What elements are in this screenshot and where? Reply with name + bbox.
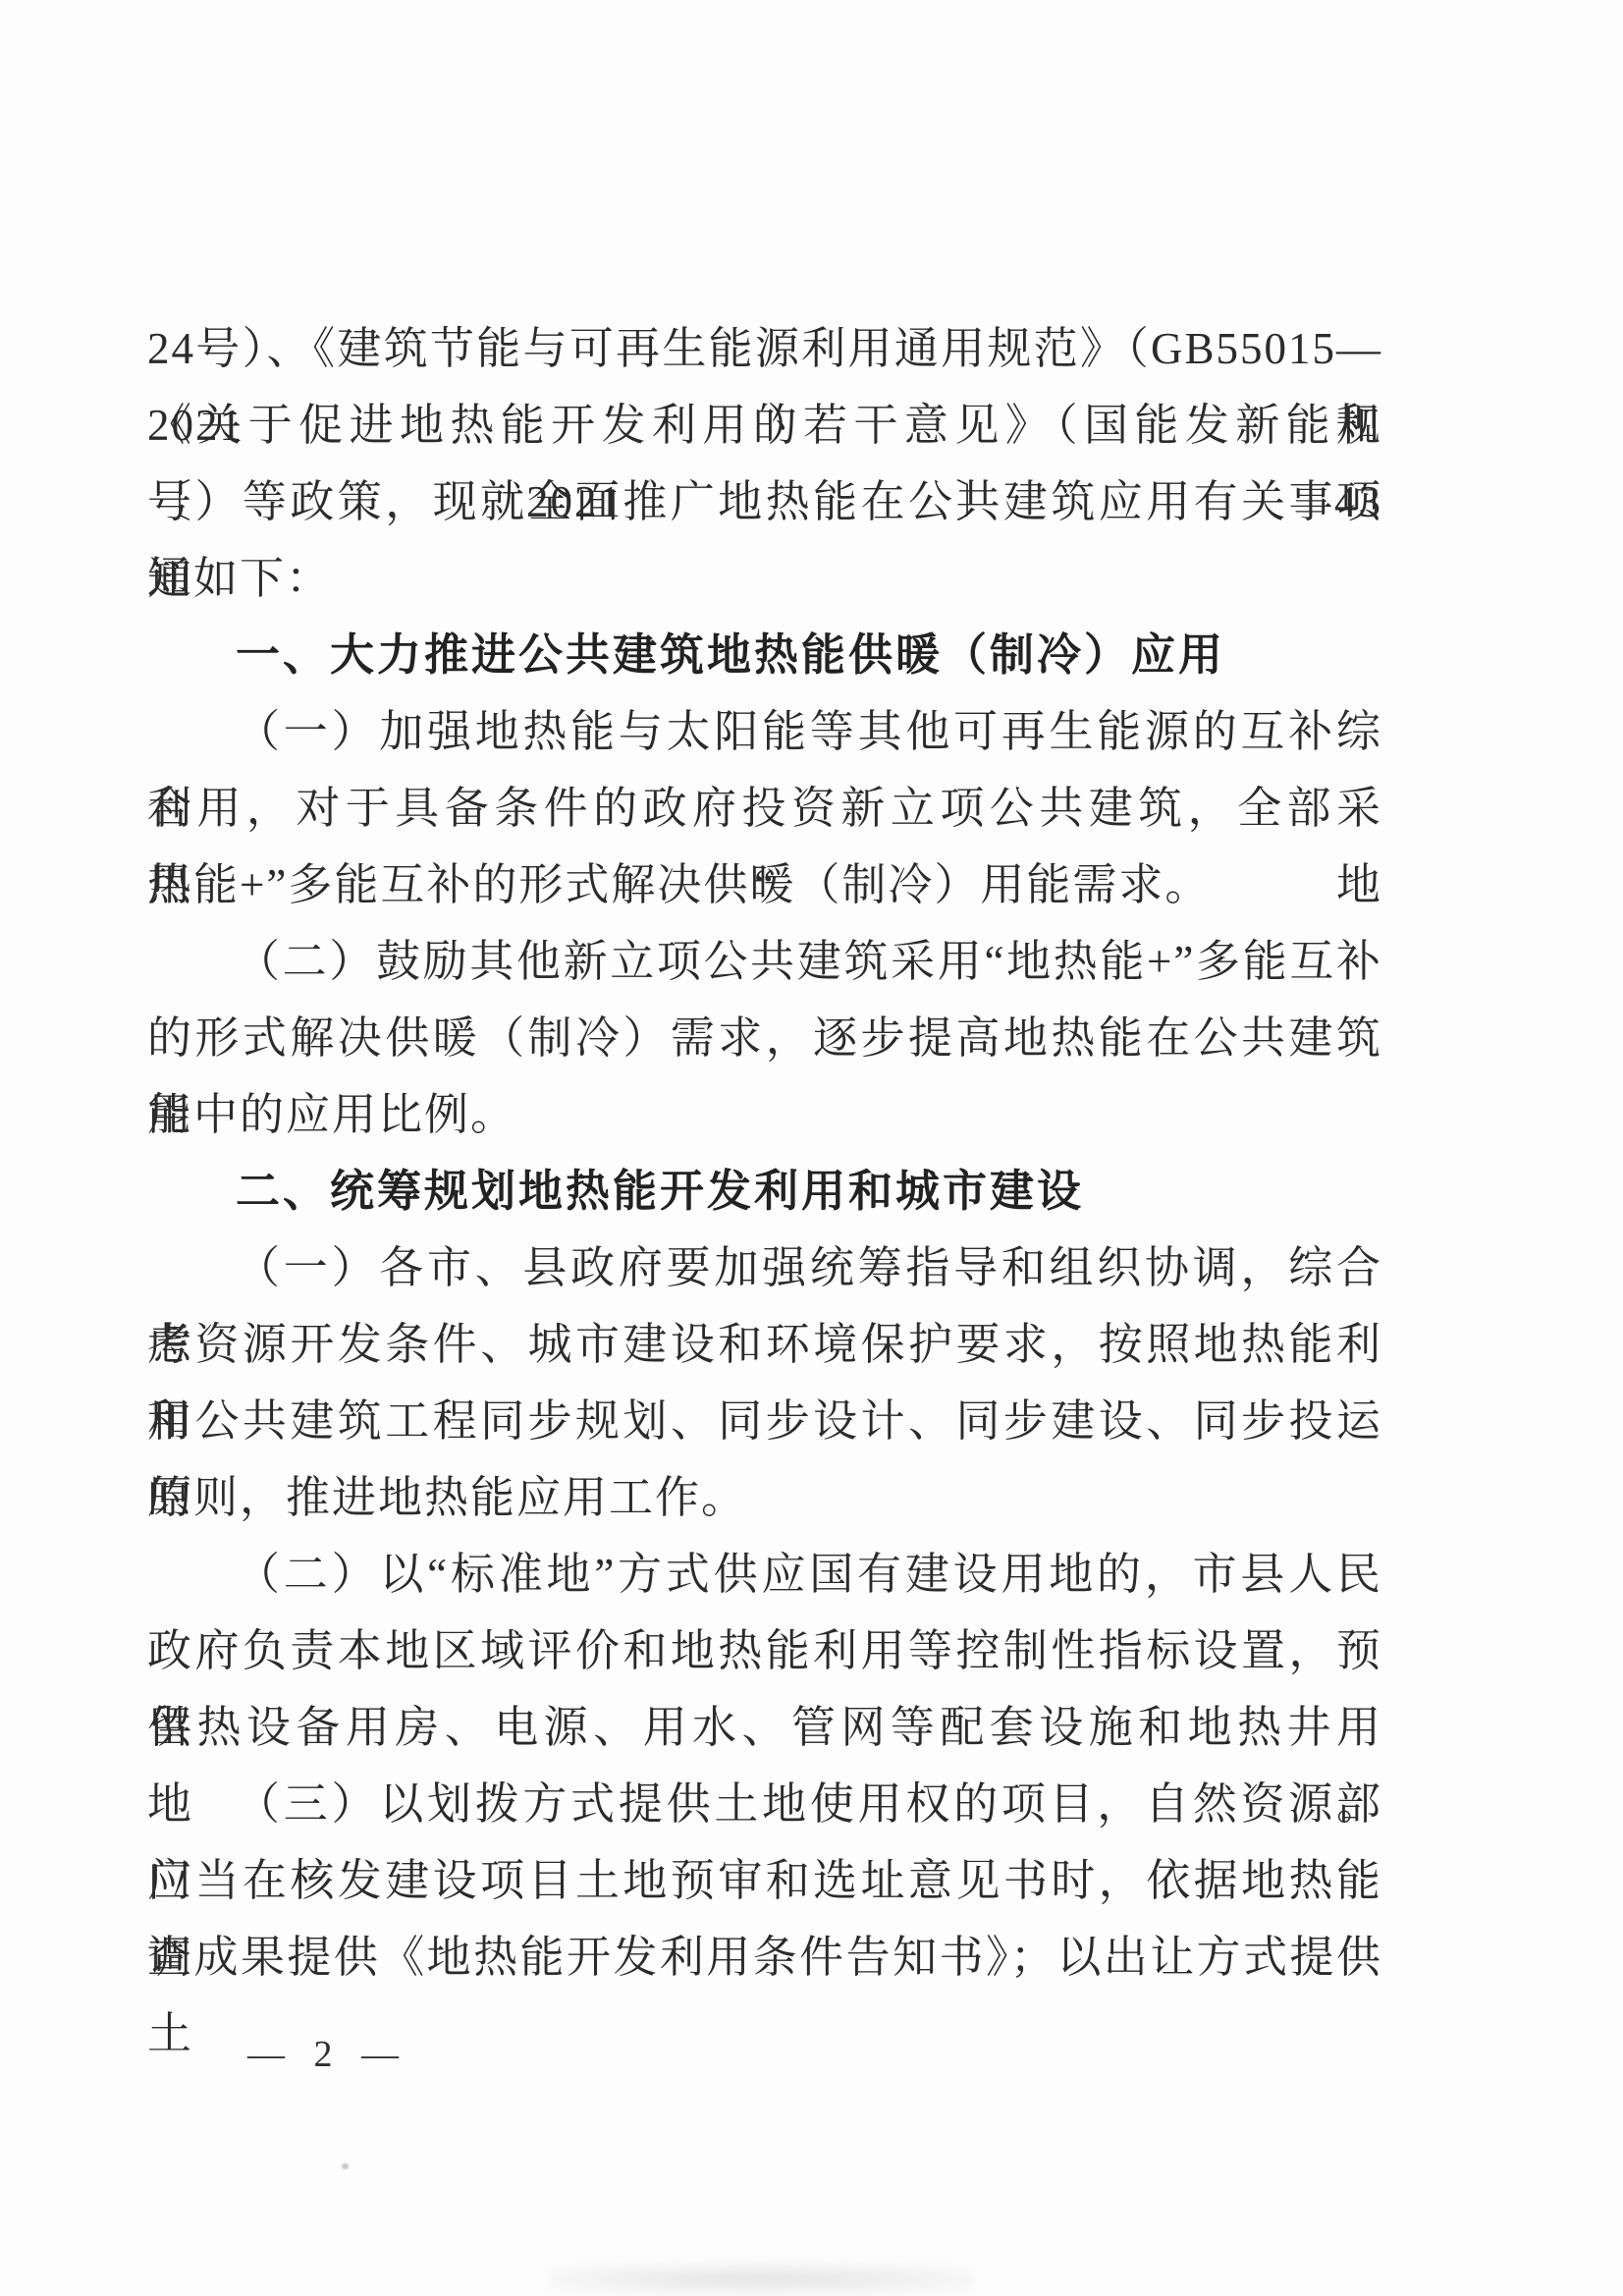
- text-line: 和公共建筑工程同步规划、同步设计、同步建设、同步投运的: [147, 1383, 1382, 1459]
- page-number: — 2 —: [247, 2025, 408, 2084]
- text-line: （三）以划拨方式提供土地使用权的项目，自然资源部门: [147, 1766, 1382, 1842]
- section-heading-2: 二、统筹规划地热能开发利用和城市建设: [147, 1153, 1382, 1230]
- text-line: 的形式解决供暖（制冷）需求，逐步提高地热能在公共建筑用: [147, 1000, 1382, 1076]
- scan-smudge: [550, 2265, 972, 2294]
- text-line: 查成果提供《地热能开发利用条件告知书》；以出让方式提供土: [147, 1919, 1382, 1995]
- document-body: 24号）、《建筑节能与可再生能源利用通用规范》（GB55015—2021）和 《…: [147, 310, 1382, 1995]
- text-line: 《关于促进地热能开发利用的若干意见》（国能发新能规〔2021〕43: [147, 387, 1382, 464]
- text-line: 热能+”多能互补的形式解决供暖（制冷）用能需求。: [147, 847, 1382, 923]
- text-line: 号）等政策，现就全面推广地热能在公共建筑应用有关事项通: [147, 464, 1382, 540]
- text-line: （一）加强地热能与太阳能等其他可再生能源的互补综合: [147, 693, 1382, 770]
- scan-speck: [342, 2163, 349, 2169]
- text-line: 应当在核发建设项目土地预审和选址意见书时，依据地热能调: [147, 1842, 1382, 1919]
- text-line: 供热设备用房、电源、用水、管网等配套设施和地热井用地。: [147, 1689, 1382, 1766]
- text-line: 24号）、《建筑节能与可再生能源利用通用规范》（GB55015—2021）和: [147, 310, 1382, 387]
- text-line: 虑资源开发条件、城市建设和环境保护要求，按照地热能利用: [147, 1306, 1382, 1383]
- text-line: （二）以“标准地”方式供应国有建设用地的，市县人民: [147, 1536, 1382, 1613]
- text-line: （二）鼓励其他新立项公共建筑采用“地热能+”多能互补: [147, 923, 1382, 1000]
- text-line: （一）各市、县政府要加强统筹指导和组织协调，综合考: [147, 1230, 1382, 1306]
- text-line: 原则，推进地热能应用工作。: [147, 1459, 1382, 1536]
- document-page: 24号）、《建筑节能与可再生能源利用通用规范》（GB55015—2021）和 《…: [0, 0, 1623, 2296]
- section-heading-1: 一、大力推进公共建筑地热能供暖（制冷）应用: [147, 617, 1382, 693]
- text-line: 政府负责本地区域评价和地热能利用等控制性指标设置，预留: [147, 1613, 1382, 1689]
- text-line: 知如下：: [147, 540, 1382, 617]
- text-line: 能中的应用比例。: [147, 1076, 1382, 1153]
- text-line: 利用，对于具备条件的政府投资新立项公共建筑，全部采用“地: [147, 770, 1382, 847]
